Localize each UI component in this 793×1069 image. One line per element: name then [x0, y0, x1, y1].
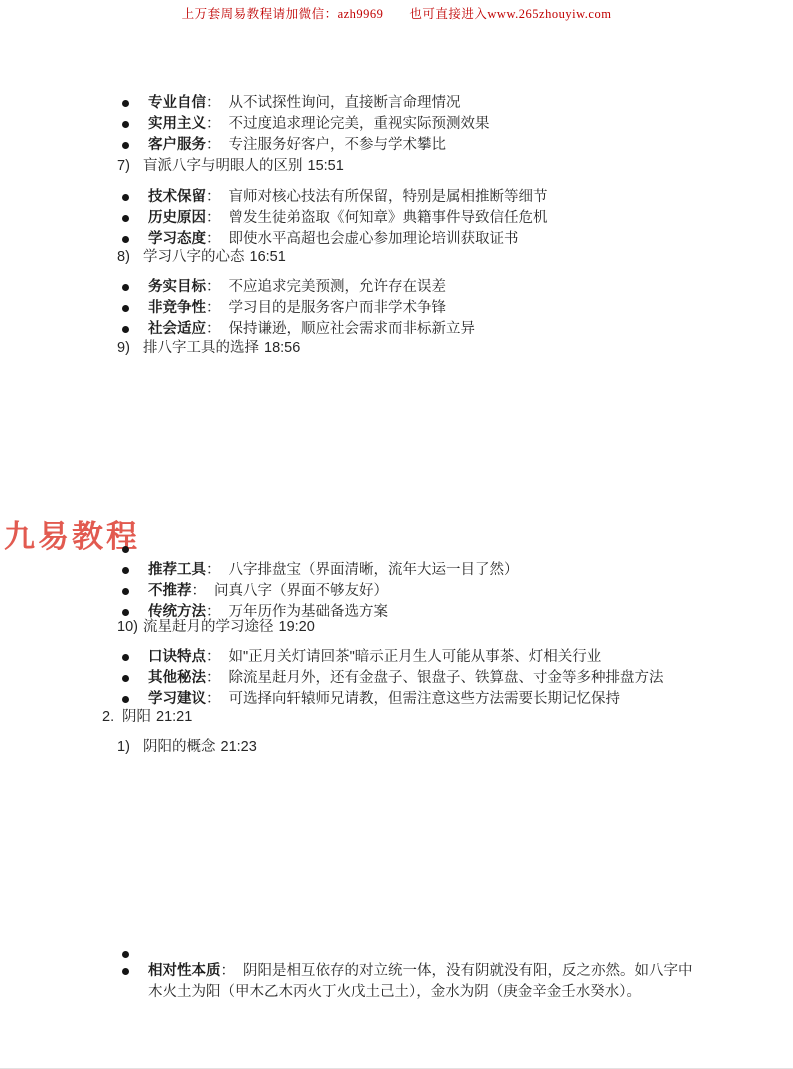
- bullet-icon: [122, 609, 129, 616]
- list-item: 不推荐：问真八字（界面不够友好）: [0, 581, 793, 602]
- timestamp: 19:20: [279, 619, 315, 635]
- bullet-list: 口诀特点：如"正月关灯请回茶"暗示正月生人可能从事茶、灯相关行业 其他秘法：除流…: [0, 647, 793, 710]
- promo-banner: 上万套周易教程请加微信：azh9969 也可直接进入www.265zhouyiw…: [0, 4, 793, 22]
- colon: ：: [206, 670, 221, 686]
- item-desc: 曾发生徒弟盗取《何知章》典籍事件导致信任危机: [229, 210, 548, 226]
- section-heading: 7)盲派八字与明眼人的区别15:51: [0, 156, 793, 177]
- colon: ：: [206, 300, 221, 316]
- heading-number: 8): [117, 247, 143, 268]
- term-label: 推荐工具: [148, 562, 206, 578]
- chapter-heading: 2.阴阳21:21: [0, 707, 793, 728]
- list-item: 务实目标：不应追求完美预测，允许存在误差: [0, 277, 793, 298]
- heading-number: 7): [117, 156, 143, 177]
- bullet-list: 推荐工具：八字排盘宝（界面清晰，流年大运一目了然） 不推荐：问真八字（界面不够友…: [0, 560, 793, 623]
- timestamp: 21:23: [221, 739, 257, 755]
- bullet-icon: [122, 675, 129, 682]
- colon: ：: [206, 116, 221, 132]
- section-heading: 9)排八字工具的选择18:56: [0, 338, 793, 359]
- heading-title: 学习八字的心态: [143, 249, 245, 265]
- colon: ：: [206, 210, 221, 226]
- list-item: 相对性本质：阴阳是相互依存的对立统一体，没有阴就没有阳，反之亦然。如八字中木火土…: [0, 961, 700, 1003]
- list-item: 客户服务：专注服务好客户，不参与学术攀比: [0, 135, 793, 156]
- item-desc: 不过度追求理论完美，重视实际预测效果: [229, 116, 490, 132]
- document-page: 上万套周易教程请加微信：azh9969 也可直接进入www.265zhouyiw…: [0, 0, 793, 1069]
- item-desc: 可选择向轩辕师兄请教，但需注意这些方法需要长期记忆保持: [229, 691, 621, 707]
- bullet-icon: [122, 121, 129, 128]
- colon: ：: [206, 95, 221, 111]
- item-desc: 专注服务好客户，不参与学术攀比: [229, 137, 447, 153]
- bullet-icon: [122, 326, 129, 333]
- heading-number: 9): [117, 338, 143, 359]
- bullet-icon: [122, 968, 129, 975]
- term-label: 学习态度: [148, 231, 206, 247]
- bullet-icon: [122, 194, 129, 201]
- list-item: 其他秘法：除流星赶月外，还有金盘子、银盘子、铁算盘、寸金等多种排盘方法: [0, 668, 793, 689]
- term-label: 实用主义: [148, 116, 206, 132]
- item-desc: 保持谦逊，顺应社会需求而非标新立异: [229, 321, 476, 337]
- term-label: 专业自信: [148, 95, 206, 111]
- timestamp: 21:21: [156, 709, 192, 725]
- term-label: 务实目标: [148, 279, 206, 295]
- term-label: 相对性本质: [148, 963, 221, 979]
- section-heading: 1)阴阳的概念21:23: [0, 737, 793, 758]
- bullet-icon: [122, 588, 129, 595]
- colon: ：: [206, 231, 221, 247]
- timestamp: 15:51: [308, 158, 344, 174]
- item-desc: 除流星赶月外，还有金盘子、银盘子、铁算盘、寸金等多种排盘方法: [229, 670, 664, 686]
- bullet-list: 相对性本质：阴阳是相互依存的对立统一体，没有阴就没有阳，反之亦然。如八字中木火土…: [0, 961, 700, 1003]
- list-item: 历史原因：曾发生徒弟盗取《何知章》典籍事件导致信任危机: [0, 208, 793, 229]
- heading-number: 10): [117, 617, 143, 638]
- colon: ：: [206, 137, 221, 153]
- list-item: 非竞争性：学习目的是服务客户而非学术争锋: [0, 298, 793, 319]
- term-label: 历史原因: [148, 210, 206, 226]
- term-label: 技术保留: [148, 189, 206, 205]
- heading-title: 排八字工具的选择: [143, 340, 259, 356]
- heading-number: 1): [117, 737, 143, 758]
- timestamp: 18:56: [264, 340, 300, 356]
- list-item: 技术保留：盲师对核心技法有所保留，特别是属相推断等细节: [0, 187, 793, 208]
- list-item: [0, 541, 793, 554]
- bullet-icon: [122, 100, 129, 107]
- bullet-list: 务实目标：不应追求完美预测，允许存在误差 非竞争性：学习目的是服务客户而非学术争…: [0, 277, 793, 340]
- term-label: 社会适应: [148, 321, 206, 337]
- list-item: 口诀特点：如"正月关灯请回茶"暗示正月生人可能从事茶、灯相关行业: [0, 647, 793, 668]
- colon: ：: [221, 963, 236, 979]
- colon: ：: [206, 562, 221, 578]
- timestamp: 16:51: [250, 249, 286, 265]
- item-desc: 问真八字（界面不够友好）: [214, 583, 388, 599]
- bullet-icon: [122, 284, 129, 291]
- item-desc: 八字排盘宝（界面清晰，流年大运一目了然）: [229, 562, 519, 578]
- item-desc: 从不试探性询问，直接断言命理情况: [229, 95, 461, 111]
- term-label: 学习建议: [148, 691, 206, 707]
- section-heading: 8)学习八字的心态16:51: [0, 247, 793, 268]
- term-label: 口诀特点: [148, 649, 206, 665]
- list-item: 推荐工具：八字排盘宝（界面清晰，流年大运一目了然）: [0, 560, 793, 581]
- bullet-icon: [122, 236, 129, 243]
- bullet-icon: [122, 546, 129, 553]
- empty-bullet-row: [0, 946, 793, 959]
- list-item: [0, 946, 793, 959]
- item-desc: 即使水平高超也会虚心参加理论培训获取证书: [229, 231, 519, 247]
- bullet-icon: [122, 305, 129, 312]
- colon: ：: [206, 279, 221, 295]
- colon: ：: [206, 189, 221, 205]
- list-item: 社会适应：保持谦逊，顺应社会需求而非标新立异: [0, 319, 793, 340]
- heading-number: 2.: [102, 707, 122, 728]
- heading-title: 阴阳的概念: [143, 739, 216, 755]
- bullet-icon: [122, 142, 129, 149]
- term-label: 不推荐: [148, 583, 192, 599]
- bullet-icon: [122, 215, 129, 222]
- term-label: 非竞争性: [148, 300, 206, 316]
- bullet-icon: [122, 654, 129, 661]
- heading-title: 阴阳: [122, 709, 151, 725]
- item-desc: 如"正月关灯请回茶"暗示正月生人可能从事茶、灯相关行业: [229, 649, 602, 665]
- colon: ：: [206, 649, 221, 665]
- heading-title: 盲派八字与明眼人的区别: [143, 158, 303, 174]
- colon: ：: [192, 583, 207, 599]
- bullet-list: 专业自信：从不试探性询问，直接断言命理情况 实用主义：不过度追求理论完美，重视实…: [0, 93, 793, 156]
- heading-title: 流星赶月的学习途径: [143, 619, 274, 635]
- item-desc: 学习目的是服务客户而非学术争锋: [229, 300, 447, 316]
- colon: ：: [206, 321, 221, 337]
- empty-bullet-row: [0, 541, 793, 554]
- bullet-icon: [122, 696, 129, 703]
- colon: ：: [206, 691, 221, 707]
- term-label: 其他秘法: [148, 670, 206, 686]
- bullet-list: 技术保留：盲师对核心技法有所保留，特别是属相推断等细节 历史原因：曾发生徒弟盗取…: [0, 187, 793, 250]
- section-heading: 10)流星赶月的学习途径19:20: [0, 617, 793, 638]
- term-label: 客户服务: [148, 137, 206, 153]
- item-desc: 不应追求完美预测，允许存在误差: [229, 279, 447, 295]
- list-item: 实用主义：不过度追求理论完美，重视实际预测效果: [0, 114, 793, 135]
- item-desc: 盲师对核心技法有所保留，特别是属相推断等细节: [229, 189, 548, 205]
- list-item: 专业自信：从不试探性询问，直接断言命理情况: [0, 93, 793, 114]
- bullet-icon: [122, 951, 129, 958]
- bullet-icon: [122, 567, 129, 574]
